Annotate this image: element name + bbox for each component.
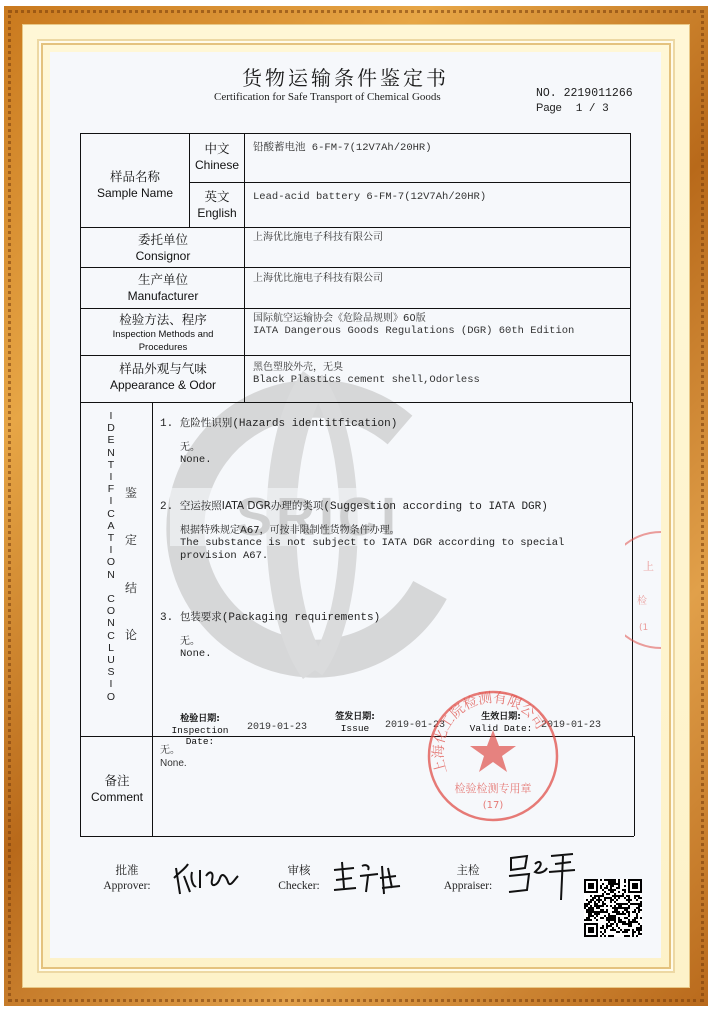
conclusion-item-packaging: 3. 包装要求(Packaging requirements) 无。 None. xyxy=(160,610,380,661)
vertical-letter: C xyxy=(101,630,121,642)
table-divider xyxy=(80,227,630,228)
sample-name-chinese-value: 铅酸蓄电池 6-FM-7(12V7Ah/20HR) xyxy=(253,142,432,155)
sample-name-label: 样品名称 Sample Name xyxy=(82,168,188,201)
vertical-letter xyxy=(101,581,121,593)
vertical-letter: F xyxy=(101,483,121,495)
vertical-letter: N xyxy=(101,617,121,629)
certificate-number: NO. 2219011266 xyxy=(536,87,633,100)
table-divider xyxy=(80,308,630,309)
page-indicator: Page1 / 3 xyxy=(536,102,609,115)
vertical-letter: I xyxy=(101,495,121,507)
checker-label: 审核 Checker: xyxy=(274,862,324,894)
identification-conclusion-vertical-label: IDENTIFICATION CONCLUSIO xyxy=(101,410,121,703)
conclusion-item-iata-suggestion: 2. 空运按照IATA DGR办理的类项(Suggestion accordin… xyxy=(160,499,610,563)
vertical-letter: D xyxy=(101,422,121,434)
comment-label: 备注 Comment xyxy=(82,772,152,805)
page-label: Page xyxy=(536,102,562,114)
approver-signature xyxy=(170,858,244,898)
consignor-value: 上海优比施电子科技有限公司 xyxy=(253,231,383,244)
table-divider xyxy=(189,182,630,183)
vertical-letter: I xyxy=(101,471,121,483)
page-value: 1 / 3 xyxy=(576,103,609,115)
table-divider-v xyxy=(244,133,245,402)
comment-value: 无。 None. xyxy=(160,744,187,770)
table-border-bottom xyxy=(80,836,634,837)
qr-code[interactable] xyxy=(584,879,642,937)
inspection-date-value: 2019-01-23 xyxy=(247,722,307,733)
manufacturer-value: 上海优比施电子科技有限公司 xyxy=(253,272,383,285)
appearance-value: 黑色塑胶外壳，无臭 Black Plastics cement shell,Od… xyxy=(253,361,480,387)
consignor-label: 委托单位 Consignor xyxy=(82,231,244,264)
conclusion-label-cn-1: 鉴 xyxy=(125,484,137,501)
table-border-right xyxy=(632,402,633,736)
vertical-letter: O xyxy=(101,605,121,617)
conclusion-item-hazards: 1. 危险性识别(Hazards identitfication) 无。 Non… xyxy=(160,416,397,467)
valid-date-value: 2019-01-23 xyxy=(541,720,601,731)
vertical-letter: C xyxy=(101,508,121,520)
chinese-label: 中文 Chinese xyxy=(190,140,244,173)
appearance-label: 样品外观与气味 Appearance & Odor xyxy=(82,360,244,393)
manufacturer-label: 生产单位 Manufacturer xyxy=(82,271,244,304)
table-border-right xyxy=(630,133,631,402)
vertical-letter: S xyxy=(101,666,121,678)
document-title-cn: 货物运输条件鉴定书 xyxy=(242,62,449,91)
checker-signature xyxy=(330,858,406,898)
conclusion-label-cn-4: 论 xyxy=(125,626,137,643)
sample-name-english-value: Lead-acid battery 6-FM-7(12V7Ah/20HR) xyxy=(253,191,486,204)
table-border-right xyxy=(634,736,635,836)
table-divider-v xyxy=(152,402,153,836)
table-divider xyxy=(80,355,630,356)
issue-date-value: 2019-01-23 xyxy=(385,720,445,731)
inspection-methods-value: 国际航空运输协会《危险品规则》60版 IATA Dangerous Goods … xyxy=(253,312,574,338)
conclusion-label-cn-3: 结 xyxy=(125,579,137,596)
vertical-letter: T xyxy=(101,532,121,544)
vertical-letter: C xyxy=(101,593,121,605)
inspection-methods-label: 检验方法、程序 Inspection Methods and Procedure… xyxy=(82,311,244,354)
issue-date-label: 签发日期: Issue xyxy=(325,712,385,734)
vertical-letter: T xyxy=(101,459,121,471)
vertical-letter: N xyxy=(101,569,121,581)
inspection-date-label: 检验日期: Inspection Date: xyxy=(156,714,244,747)
document-title-en: Certification for Safe Transport of Chem… xyxy=(214,91,441,103)
vertical-letter: O xyxy=(101,556,121,568)
vertical-letter: U xyxy=(101,654,121,666)
vertical-letter: I xyxy=(101,410,121,422)
table-border-top xyxy=(80,133,630,134)
table-border-left xyxy=(80,133,81,836)
vertical-letter: L xyxy=(101,642,121,654)
vertical-letter: N xyxy=(101,447,121,459)
vertical-letter: I xyxy=(101,678,121,690)
table-divider xyxy=(80,402,632,403)
vertical-letter: I xyxy=(101,544,121,556)
vertical-letter: E xyxy=(101,434,121,446)
vertical-letter: O xyxy=(101,691,121,703)
english-label: 英文 English xyxy=(190,188,244,221)
valid-date-label: 生效日期: Valid Date: xyxy=(468,712,534,734)
table-divider xyxy=(80,267,630,268)
approver-label: 批准 Approver: xyxy=(96,862,158,894)
appraiser-label: 主检 Appraiser: xyxy=(440,862,496,894)
vertical-letter: A xyxy=(101,520,121,532)
conclusion-label-cn-2: 定 xyxy=(125,531,137,548)
appraiser-signature xyxy=(505,850,579,906)
